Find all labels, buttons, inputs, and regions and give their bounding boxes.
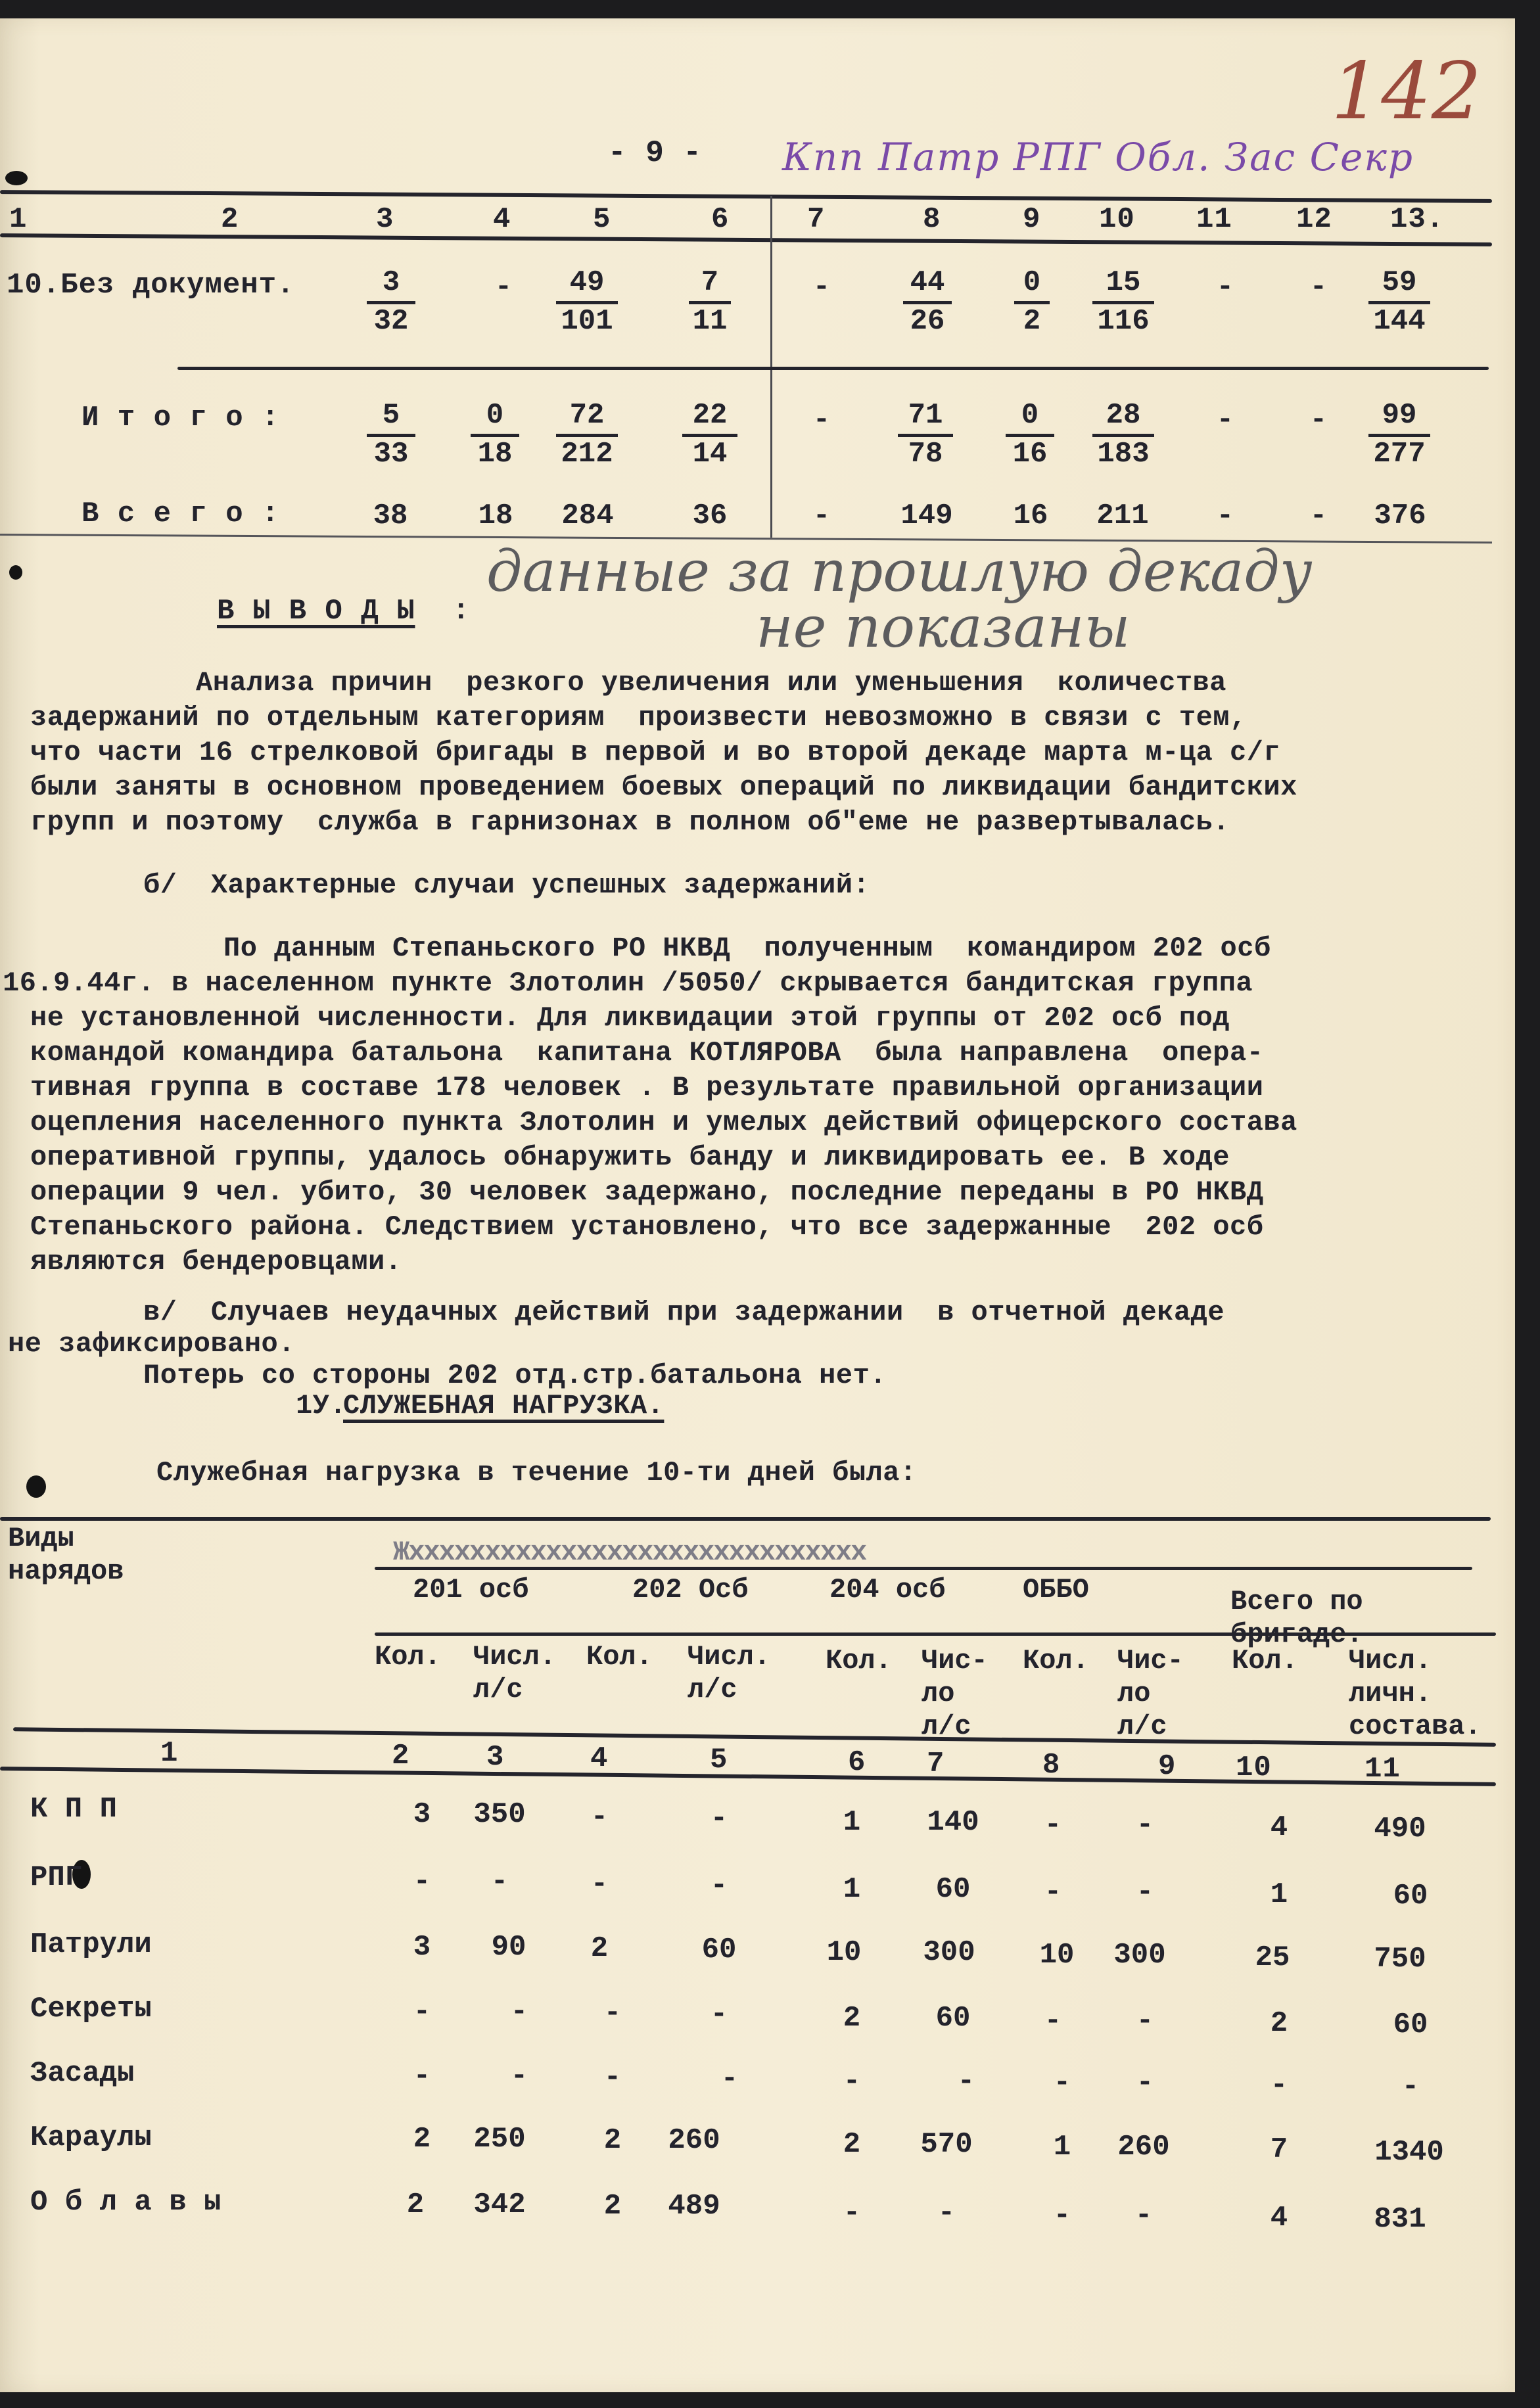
value-cell: 284 [548, 499, 627, 532]
value-cell: 1 [806, 1873, 898, 1906]
value-cell: 60 [1365, 1880, 1457, 1912]
value-cell: 2 [369, 2188, 461, 2221]
section-v-line1: в/ Случаев неудачных действий при задерж… [143, 1293, 1225, 1331]
column-number: 13. [1390, 205, 1444, 234]
value-cell: 140 [907, 1806, 999, 1839]
struck-out-text: Жxxxxxxxxxxxxxxxxxxxxxxxxxxxxxx [393, 1537, 866, 1568]
value-cell: 376 [1361, 499, 1439, 532]
value-cell: - [1016, 2066, 1108, 2099]
fraction-cell: 533 [368, 401, 414, 469]
column-number: 3 [486, 1743, 504, 1772]
fraction-cell: 72212 [557, 401, 617, 469]
column-number: 11 [1365, 1755, 1401, 1784]
text-line: Степаньского района. Следствием установл… [30, 1208, 1263, 1246]
text-line: командой командира батальона капитана КО… [30, 1034, 1263, 1072]
column-number: 9 [1158, 1752, 1176, 1781]
fraction-cell: 2214 [684, 401, 736, 469]
column-number: 1 [9, 205, 27, 234]
archive-sheet-number: 142 [1331, 46, 1482, 137]
value-cell: 149 [887, 499, 966, 532]
value-cell: - [1365, 2070, 1457, 2103]
column-number: 4 [493, 205, 511, 234]
row-label: К П П [30, 1793, 117, 1826]
fraction-cell: 016 [1007, 401, 1053, 469]
value-cell: 10 [1011, 1939, 1103, 1972]
value-cell: - [1099, 2066, 1191, 2099]
value-cell: - [782, 404, 861, 436]
value-cell: - [1233, 2069, 1325, 2102]
value-cell: - [473, 2060, 565, 2093]
column-number: 8 [923, 205, 941, 234]
text-line: Анализа причин резкого увеличения или ум… [196, 664, 1226, 702]
fraction-cell: 332 [368, 268, 414, 336]
subheader-chisl-personnel: Числ. личн. состава. [1349, 1644, 1482, 1743]
unit-header-brigade-total: Всего по бригаде. [1230, 1585, 1363, 1651]
column-number: 2 [221, 205, 239, 234]
column-number: 5 [593, 205, 611, 234]
value-cell: - [1279, 271, 1358, 304]
value-cell: - [1279, 499, 1358, 532]
value-cell: - [553, 1801, 645, 1834]
value-cell: - [473, 1995, 565, 2028]
value-cell: 4 [1233, 1811, 1325, 1844]
subheader-rule [375, 1632, 1496, 1636]
row-label: И т о г о : [82, 404, 279, 432]
row-label: Секреты [30, 1993, 152, 2026]
column-number: 11 [1196, 205, 1232, 234]
value-cell: 60 [907, 1873, 999, 1906]
value-cell: - [1186, 499, 1265, 532]
section-iv-number: 1У. [296, 1387, 346, 1425]
subheader-kol: Кол. [586, 1640, 653, 1673]
text-line: задержаний по отдельным категориям произ… [30, 699, 1247, 737]
text-line: что части 16 стрелковой бригады в первой… [30, 733, 1280, 772]
value-cell: 2 [553, 1932, 645, 1965]
fraction-cell: 49101 [557, 268, 617, 336]
unit-header-202: 202 Осб [632, 1573, 748, 1606]
value-cell: - [376, 1995, 468, 2028]
fraction-cell: 018 [472, 401, 518, 469]
value-cell: - [1279, 404, 1358, 436]
column-number: 4 [590, 1744, 608, 1773]
value-cell: 570 [900, 2128, 992, 2161]
fraction-cell: 99277 [1370, 401, 1429, 469]
text-line: 16.9.44г. в населенном пункте Злотолин /… [3, 964, 1253, 1002]
value-cell: - [1098, 2199, 1190, 2232]
unit-header-rule [375, 1567, 1472, 1570]
row-label: Караулы [30, 2121, 152, 2154]
row-label: В с е г о : [82, 499, 279, 528]
duty-table-top-rule [0, 1517, 1491, 1521]
value-cell: - [782, 271, 861, 304]
value-cell: - [900, 2196, 992, 2229]
value-cell: 2 [567, 2190, 659, 2223]
value-cell: 18 [456, 499, 535, 532]
subheader-kol: Кол. [1232, 1644, 1298, 1677]
value-cell: 60 [1365, 2008, 1457, 2041]
text-line: операции 9 чел. убито, 30 человек задерж… [30, 1173, 1263, 1211]
value-cell: - [376, 2060, 468, 2093]
fraction-cell: 59144 [1370, 268, 1429, 336]
value-cell: 1340 [1363, 2136, 1455, 2169]
value-cell: 300 [903, 1936, 995, 1969]
value-cell: 350 [454, 1798, 546, 1831]
value-cell: 60 [907, 2002, 999, 2035]
column-number: 9 [1023, 205, 1040, 234]
column-number: 10 [1236, 1753, 1272, 1782]
unit-header-201: 201 осб [413, 1573, 528, 1606]
text-line: По данным Степаньского РО НКВД полученны… [223, 929, 1271, 967]
column-number: 1 [160, 1739, 178, 1768]
fraction-cell: 02 [1015, 268, 1048, 336]
value-cell: 25 [1226, 1941, 1318, 1974]
duty-type-header: Виды нарядов [8, 1522, 124, 1588]
value-cell: - [673, 1869, 765, 1902]
fraction-cell: 7178 [899, 401, 952, 469]
row-label: Засады [30, 2057, 134, 2090]
section-iv-intro: Служебная нагрузка в течение 10-ти дней … [156, 1454, 917, 1492]
subheader-chisl: Числ. л/с [473, 1640, 556, 1706]
column-number: 6 [711, 205, 729, 234]
value-cell: - [684, 2062, 776, 2095]
row-label: 10.Без документ. [7, 271, 294, 300]
text-line: тивная группа в составе 178 человек . В … [30, 1069, 1263, 1107]
value-cell: 250 [454, 2123, 546, 2156]
value-cell: 1 [806, 1806, 898, 1839]
handwritten-column-notes: Кпп Патр РПГ Обл. Зас Секр [782, 135, 1414, 179]
unit-header-obbo: ОББО [1023, 1573, 1089, 1606]
value-cell: - [567, 2061, 659, 2094]
column-number: 2 [392, 1742, 409, 1771]
text-line: групп и поэтому служба в гарнизонах в по… [30, 803, 1230, 841]
punch-hole-lower [26, 1475, 46, 1498]
value-cell: 2 [806, 2002, 898, 2035]
value-cell: 260 [1098, 2131, 1190, 2164]
value-cell: - [1007, 1809, 1099, 1841]
value-cell: 3 [376, 1931, 468, 1964]
value-cell: - [1007, 2004, 1099, 2037]
value-cell: - [806, 2196, 898, 2229]
text-line: оцепления населенного пункта Злотолин и … [30, 1103, 1297, 1142]
value-cell: 489 [648, 2190, 740, 2223]
subheader-chisl: Числ. л/с [688, 1640, 770, 1706]
value-cell: 260 [648, 2124, 740, 2157]
pencil-annotation-line2: не показаны [756, 595, 1131, 660]
value-cell: - [782, 499, 861, 532]
value-cell: 300 [1094, 1939, 1186, 1972]
section-iv-title: СЛУЖЕБНАЯ НАГРУЗКА. [343, 1387, 664, 1425]
value-cell: - [1099, 1876, 1191, 1909]
value-cell: - [1186, 404, 1265, 436]
value-cell: 16 [991, 499, 1070, 532]
conclusions-heading-colon: : [452, 597, 470, 626]
value-cell: 60 [673, 1933, 765, 1966]
column-number: 6 [848, 1748, 866, 1777]
value-cell: - [464, 271, 543, 304]
row-label: Патрули [30, 1928, 152, 1961]
value-cell: 490 [1354, 1813, 1446, 1845]
text-line: оперативной группы, удалось обнаружить б… [30, 1138, 1230, 1176]
value-cell: - [673, 1998, 765, 2031]
subheader-kol: Кол. [1023, 1644, 1089, 1677]
text-line: не установленной численности. Для ликвид… [30, 999, 1230, 1037]
column-number: 5 [710, 1746, 728, 1774]
value-cell: 7 [1233, 2133, 1325, 2166]
value-cell: - [567, 1997, 659, 2029]
text-line: были заняты в основном проведением боевы… [30, 768, 1297, 806]
fraction-cell: 15116 [1094, 268, 1153, 336]
subheader-kol: Кол. [375, 1640, 441, 1673]
value-cell: 36 [670, 499, 749, 532]
value-cell: 211 [1083, 499, 1162, 532]
row-label: О б л а в ы [30, 2186, 221, 2219]
value-cell: 750 [1354, 1943, 1446, 1976]
value-cell: 2 [806, 2128, 898, 2161]
punch-hole-top [5, 171, 28, 185]
punch-hole-middle [9, 565, 22, 580]
column-number: 7 [807, 205, 825, 234]
text-line: являются бендеровцами. [30, 1243, 402, 1281]
value-cell: - [673, 1802, 765, 1835]
value-cell: 2 [567, 2124, 659, 2157]
value-cell: - [1099, 2004, 1191, 2037]
column-number: 12 [1296, 205, 1332, 234]
fraction-cell: 28183 [1094, 401, 1153, 469]
value-cell: - [553, 1868, 645, 1901]
column-number: 10 [1099, 205, 1135, 234]
value-cell: - [1007, 1876, 1099, 1909]
value-cell: - [1186, 271, 1265, 304]
value-cell: - [1099, 1809, 1191, 1841]
column-number: 7 [927, 1749, 945, 1778]
value-cell: 1 [1016, 2131, 1108, 2164]
unit-header-204: 204 осб [829, 1573, 945, 1606]
value-cell: - [454, 1865, 546, 1898]
section-b-title: б/ Характерные случаи успешных задержани… [143, 866, 870, 904]
fraction-cell: 711 [690, 268, 730, 336]
value-cell: 38 [351, 499, 430, 532]
value-cell: - [1016, 2199, 1108, 2232]
value-cell: - [806, 2065, 898, 2098]
conclusions-heading: В Ы В О Д Ы [217, 597, 415, 626]
value-cell: 2 [1233, 2007, 1325, 2040]
value-cell: 342 [454, 2188, 546, 2221]
value-cell: 831 [1354, 2203, 1446, 2236]
row-label: РПГ [30, 1861, 82, 1894]
value-cell: - [920, 2065, 1012, 2098]
subtotal-rule [177, 367, 1489, 370]
column-number: 3 [376, 205, 394, 234]
column-number: 8 [1042, 1751, 1060, 1780]
subheader-kol: Кол. [826, 1644, 892, 1677]
page-number: - 9 - [608, 138, 702, 168]
value-cell: 10 [798, 1936, 890, 1969]
fraction-cell: 4426 [904, 268, 950, 336]
value-cell: 4 [1233, 2202, 1325, 2234]
value-cell: 90 [463, 1931, 555, 1964]
value-cell: 1 [1233, 1878, 1325, 1911]
subheader-chislo: Чис- ло л/с [922, 1644, 988, 1743]
subheader-chislo: Чис- ло л/с [1117, 1644, 1184, 1743]
